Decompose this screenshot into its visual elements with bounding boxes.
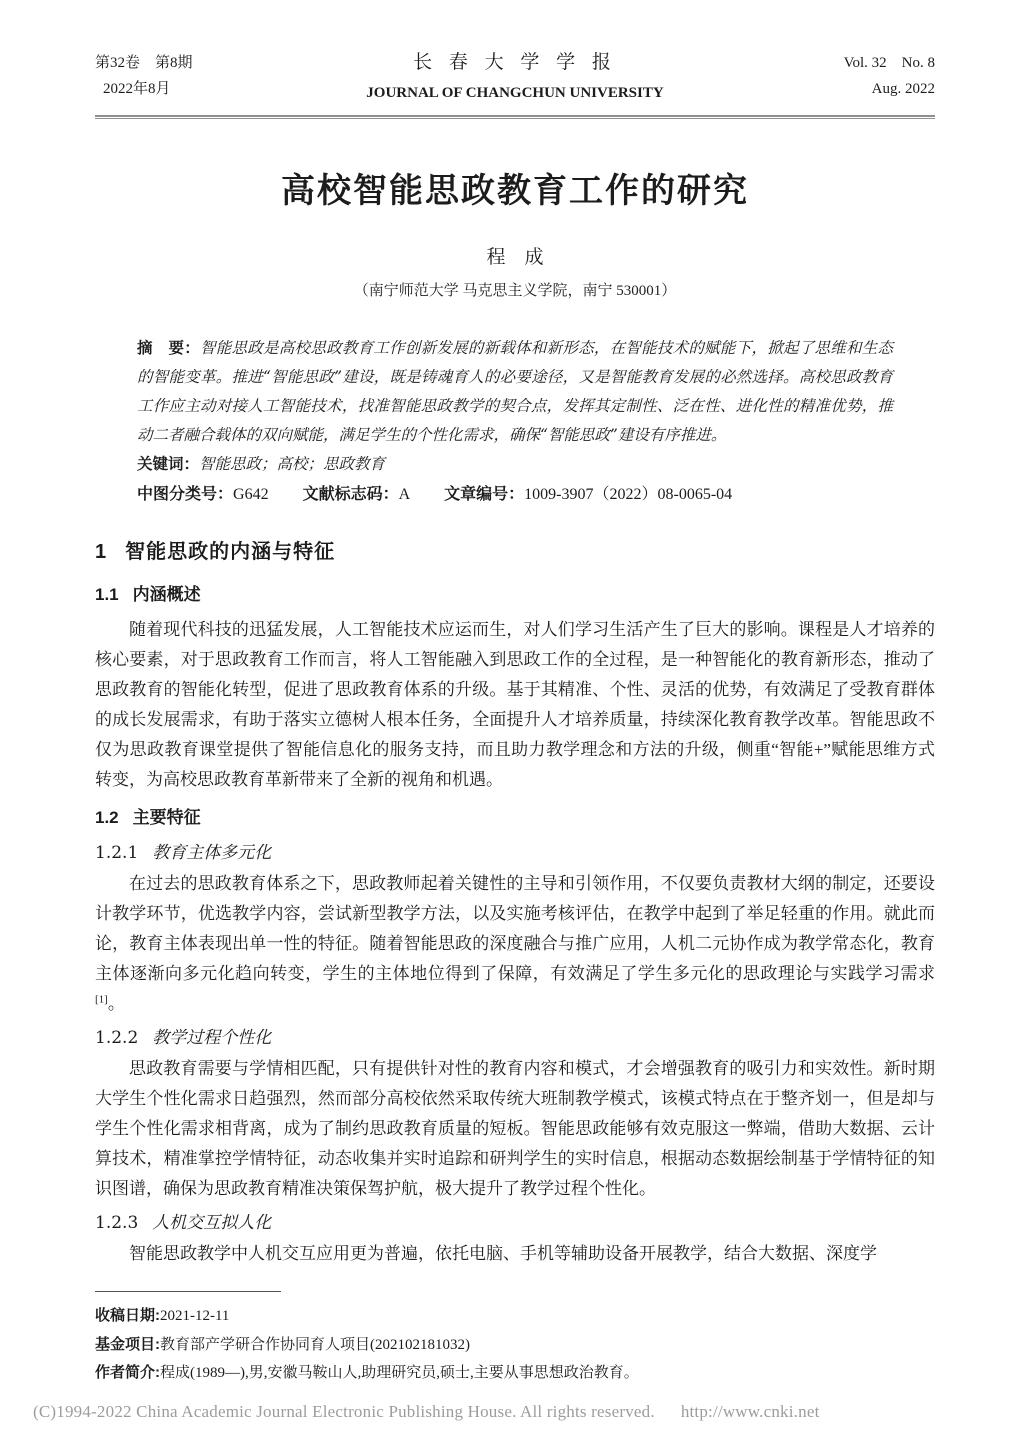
cnki-url: http://www.cnki.net	[681, 1402, 820, 1421]
author-name: 程 成	[95, 242, 935, 269]
abstract-text: 智能思政是高校思政教育工作创新发展的新载体和新形态，在智能技术的赋能下，掀起了思…	[137, 339, 893, 444]
fund-project-value: 教育部产学研合作协同育人项目(202102181032)	[160, 1337, 470, 1353]
keywords-label: 关键词：	[137, 456, 199, 473]
date-cn: 2022年8月	[95, 76, 295, 102]
article-body: 1智能思政的内涵与特征 1.1内涵概述 随着现代科技的迅猛发展，人工智能技术应运…	[95, 535, 935, 1269]
volume-issue-en: Vol. 32 No. 8	[735, 50, 935, 76]
classification-line: 中图分类号：G642文献标志码：A文章编号：1009-3907（2022）08-…	[137, 480, 893, 509]
section-1-2-3-paragraph: 智能思政教学中人机交互应用更为普遍，依托电脑、手机等辅助设备开展教学，结合大数据…	[95, 1239, 935, 1269]
abstract-label: 摘 要：	[137, 340, 200, 357]
received-date-line: 收稿日期:2021-12-11	[95, 1302, 935, 1331]
section-1-2-2-heading: 1.2.2教学过程个性化	[95, 1023, 935, 1048]
author-bio-line: 作者简介:程成(1989—),男,安徽马鞍山人,助理研究员,硕士,主要从事思想政…	[95, 1359, 935, 1388]
article-id-value: 1009-3907（2022）08-0065-04	[524, 486, 732, 503]
keywords-line: 关键词：智能思政；高校；思政教育	[137, 450, 893, 479]
cnki-copyright-footer: (C)1994-2022 China Academic Journal Elec…	[33, 1402, 820, 1422]
journal-title-cn: 长 春 大 学 学 报	[295, 50, 735, 76]
section-1-1-paragraph: 随着现代科技的迅猛发展，人工智能技术应运而生，对人们学习生活产生了巨大的影响。课…	[95, 615, 935, 795]
section-1-2-3-heading: 1.2.3人机交互拟人化	[95, 1208, 935, 1233]
journal-title: 长 春 大 学 学 报 JOURNAL OF CHANGCHUN UNIVERS…	[295, 50, 735, 106]
journal-title-en: JOURNAL OF CHANGCHUN UNIVERSITY	[295, 80, 735, 106]
paper-page: 第32卷 第8期 2022年8月 长 春 大 学 学 报 JOURNAL OF …	[0, 0, 1024, 1388]
header-issue-info: 第32卷 第8期 2022年8月	[95, 50, 295, 102]
header-volume-info: Vol. 32 No. 8 Aug. 2022	[735, 50, 935, 102]
clc-label: 中图分类号：	[137, 486, 233, 503]
keywords-text: 智能思政；高校；思政教育	[199, 455, 385, 473]
section-1-2-heading: 1.2主要特征	[95, 803, 935, 828]
doc-code-label: 文献标志码：	[303, 486, 399, 503]
author-affiliation: （南宁师范大学 马克思主义学院，南宁 530001）	[95, 279, 935, 300]
reference-1-marker: [1]	[95, 993, 108, 1005]
section-1-2-1-heading: 1.2.1教育主体多元化	[95, 838, 935, 863]
fund-project-label: 基金项目:	[95, 1336, 160, 1353]
abstract: 摘 要：智能思政是高校思政教育工作创新发展的新载体和新形态，在智能技术的赋能下，…	[137, 334, 893, 450]
volume-issue-cn: 第32卷 第8期	[95, 50, 295, 76]
date-en: Aug. 2022	[735, 76, 935, 102]
footnote-divider	[95, 1291, 281, 1292]
footnote-block: 收稿日期:2021-12-11 基金项目:教育部产学研合作协同育人项目(2021…	[95, 1291, 935, 1388]
header-double-rule	[95, 115, 935, 119]
journal-header: 第32卷 第8期 2022年8月 长 春 大 学 学 报 JOURNAL OF …	[95, 50, 935, 106]
author-bio-value: 程成(1989—),男,安徽马鞍山人,助理研究员,硕士,主要从事思想政治教育。	[160, 1365, 639, 1381]
abstract-block: 摘 要：智能思政是高校思政教育工作创新发展的新载体和新形态，在智能技术的赋能下，…	[137, 334, 893, 509]
section-1-1-heading: 1.1内涵概述	[95, 580, 935, 605]
received-date-label: 收稿日期:	[95, 1307, 160, 1324]
page-title: 高校智能思政教育工作的研究	[95, 163, 935, 212]
article-id-label: 文章编号：	[444, 486, 524, 503]
clc-value: G642	[233, 486, 269, 503]
section-1-heading: 1智能思政的内涵与特征	[95, 535, 935, 564]
received-date-value: 2021-12-11	[160, 1308, 229, 1324]
copyright-text: (C)1994-2022 China Academic Journal Elec…	[33, 1402, 655, 1421]
section-1-2-2-paragraph: 思政教育需要与学情相匹配，只有提供针对性的教育内容和模式，才会增强教育的吸引力和…	[95, 1054, 935, 1204]
author-bio-label: 作者简介:	[95, 1364, 160, 1381]
doc-code-value: A	[399, 486, 411, 503]
section-1-2-1-paragraph: 在过去的思政教育体系之下，思政教师起着关键性的主导和引领作用，不仅要负责教材大纲…	[95, 869, 935, 1019]
fund-project-line: 基金项目:教育部产学研合作协同育人项目(202102181032)	[95, 1331, 935, 1360]
